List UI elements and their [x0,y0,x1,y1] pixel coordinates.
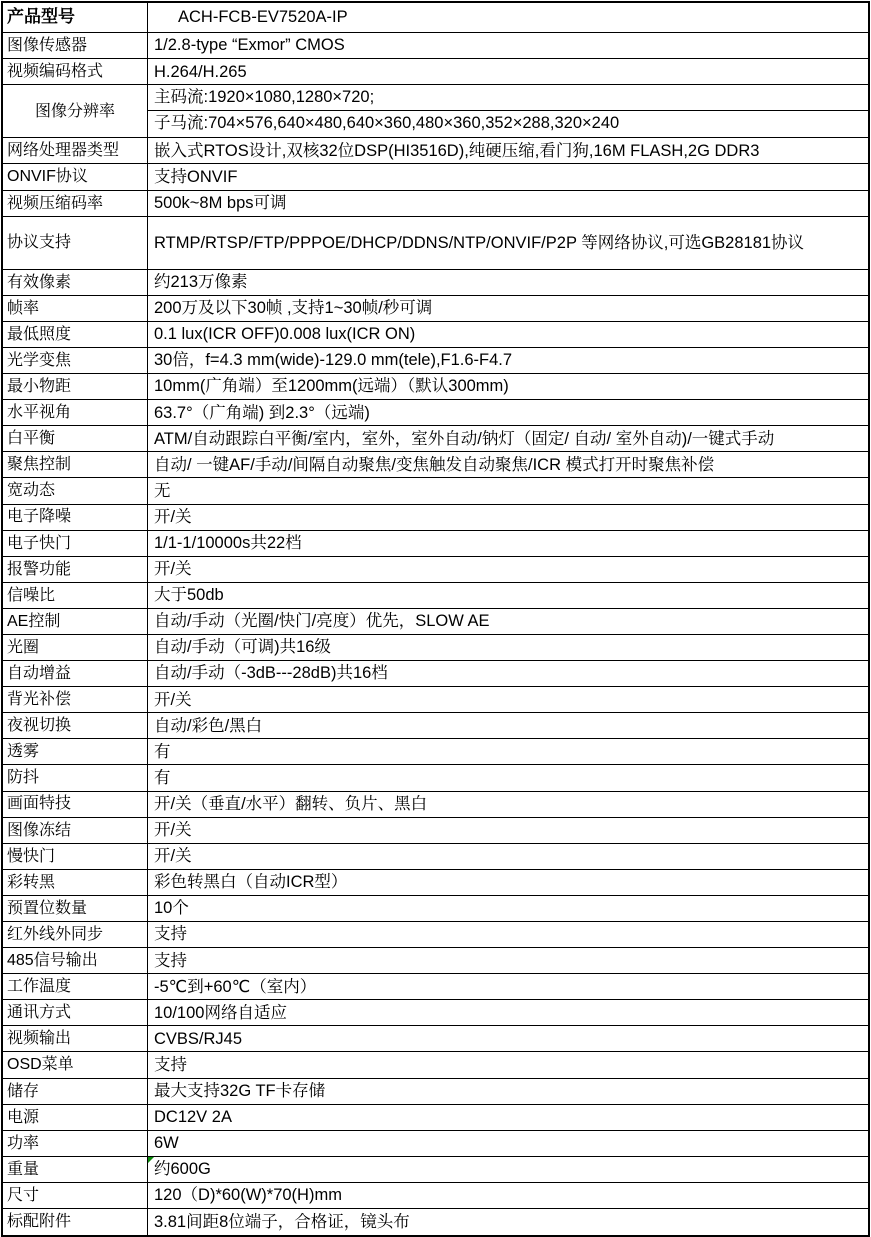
spec-value: 支持 [154,950,187,972]
table-row: 信噪比 大于50db [3,583,868,609]
spec-value-cell: 开/关 [148,818,868,843]
spec-label-cell: OSD菜单 [3,1052,148,1077]
spec-value-cell: 3.81间距8位端子，合格证，镜头布 [148,1209,868,1235]
spec-value: 30倍，f=4.3 mm(wide)-129.0 mm(tele),F1.6-F… [154,349,512,371]
table-row: 夜视切换 自动/彩色/黑白 [3,713,868,739]
spec-label: 电子快门 [7,534,71,553]
spec-label-cell: 图像分辨率 [3,85,148,137]
table-row: 功率 6W [3,1131,868,1157]
spec-value: ACH-FCB-EV7520A-IP [178,6,348,28]
spec-label: 信噪比 [7,586,55,605]
spec-label: 电源 [7,1108,39,1127]
table-row: AE控制 自动/手动（光圈/快门/亮度）优先，SLOW AE [3,609,868,635]
table-row: 慢快门 开/关 [3,844,868,870]
table-row: 工作温度 -5℃到+60℃（室内） [3,974,868,1000]
spec-label: 最低照度 [7,325,71,344]
spec-value: 0.1 lux(ICR OFF)0.008 lux(ICR ON) [154,323,415,345]
spec-value-cell: 有 [148,765,868,790]
spec-label-cell: 通讯方式 [3,1000,148,1025]
spec-value: 开/关 [154,819,192,841]
spec-label: 图像分辨率 [35,102,115,121]
spec-label: 有效像素 [7,273,71,292]
spec-value: 最大支持32G TF卡存储 [154,1080,325,1102]
table-row: 自动增益 自动/手动（-3dB---28dB)共16档 [3,661,868,687]
table-row: 背光补偿 开/关 [3,687,868,713]
spec-label-cell: 报警功能 [3,557,148,582]
spec-value-cell: 彩色转黑白（自动ICR型） [148,870,868,895]
table-row: 有效像素 约213万像素 [3,270,868,296]
spec-value: 无 [154,480,171,502]
table-row: 最低照度 0.1 lux(ICR OFF)0.008 lux(ICR ON) [3,322,868,348]
table-row: 画面特技 开/关（垂直/水平）翻转、负片、黑白 [3,792,868,818]
spec-value: 支持 [154,923,187,945]
spec-value-cell: 最大支持32G TF卡存储 [148,1079,868,1104]
spec-value-cell: DC12V 2A [148,1105,868,1130]
spec-label-cell: 背光补偿 [3,687,148,712]
spec-value: ATM/自动跟踪白平衡/室内，室外，室外自动/钠灯（固定/ 自动/ 室外自动)/… [154,428,774,450]
spec-label: 工作温度 [7,977,71,996]
spec-label: 功率 [7,1134,39,1153]
spec-label-cell: 有效像素 [3,270,148,295]
spec-label-cell: 标配附件 [3,1209,148,1235]
spec-value: DC12V 2A [154,1106,232,1128]
table-row: 光学变焦 30倍，f=4.3 mm(wide)-129.0 mm(tele),F… [3,348,868,374]
spec-value-cell: 支持ONVIF [148,164,868,189]
spec-value-cell: 200万及以下30帧 ,支持1~30帧/秒可调 [148,296,868,321]
spec-label-cell: 485信号输出 [3,948,148,973]
table-row: 最小物距 10mm(广角端）至1200mm(远端）（默认300mm) [3,374,868,400]
table-row: 重量 约600G [3,1157,868,1183]
spec-value-cell: 开/关 [148,687,868,712]
spec-value: 自动/彩色/黑白 [154,715,262,737]
table-row: 图像冻结 开/关 [3,818,868,844]
table-row: ONVIF协议 支持ONVIF [3,164,868,190]
spec-value: 开/关 [154,506,192,528]
spec-value-cell: 开/关（垂直/水平）翻转、负片、黑白 [148,792,868,817]
spec-value-cell: 约600G [148,1157,868,1182]
spec-value-cell: 大于50db [148,583,868,608]
spec-label: 自动增益 [7,664,71,683]
table-row: 尺寸 120（D)*60(W)*70(H)mm [3,1183,868,1209]
table-row: 光圈 自动/手动（可调)共16级 [3,635,868,661]
spec-value: 约600G [154,1158,211,1180]
spec-sub-row: 子马流:704×576,640×480,640×360,480×360,352×… [148,111,868,137]
spec-label: 视频压缩码率 [7,194,103,213]
spec-label-cell: 图像传感器 [3,33,148,58]
table-row: 电子快门 1/1-1/10000s共22档 [3,531,868,557]
spec-label-cell: 电子降噪 [3,505,148,530]
spec-label: 图像传感器 [7,36,87,55]
table-row: 网络处理器类型 嵌入式RTOS设计,双核32位DSP(HI3516D),纯硬压缩… [3,138,868,164]
table-row: 防抖 有 [3,765,868,791]
spec-value: 10mm(广角端）至1200mm(远端）（默认300mm) [154,375,509,397]
spec-label: 尺寸 [7,1186,39,1205]
spec-value-cell: 10/100网络自适应 [148,1000,868,1025]
product-spec-table: 产品型号 ACH-FCB-EV7520A-IP 图像传感器 1/2.8-type… [1,1,870,1237]
spec-value-cell: 自动/ 一键AF/手动/间隔自动聚焦/变焦触发自动聚焦/ICR 模式打开时聚焦补… [148,452,868,477]
spec-value-cell: 开/关 [148,844,868,869]
spec-value: 自动/手动（光圈/快门/亮度）优先，SLOW AE [154,610,490,632]
spec-label-cell: 彩转黑 [3,870,148,895]
spec-label: 慢快门 [7,847,55,866]
spec-label-cell: 功率 [3,1131,148,1156]
spec-value-cell: 6W [148,1131,868,1156]
spec-value-cell: RTMP/RTSP/FTP/PPPOE/DHCP/DDNS/NTP/ONVIF/… [148,217,868,269]
spec-label: 红外线外同步 [7,925,103,944]
spec-value: 自动/ 一键AF/手动/间隔自动聚焦/变焦触发自动聚焦/ICR 模式打开时聚焦补… [154,454,714,476]
spec-value-cell: 自动/手动（-3dB---28dB)共16档 [148,661,868,686]
spec-label: 通讯方式 [7,1003,71,1022]
spec-value-cell: 1/1-1/10000s共22档 [148,531,868,556]
table-row: 储存 最大支持32G TF卡存储 [3,1079,868,1105]
spec-label: ONVIF协议 [7,167,88,186]
spec-label: 白平衡 [7,429,55,448]
spec-value: 自动/手动（可调)共16级 [154,636,331,658]
spec-label: 报警功能 [7,560,71,579]
spec-label: 光圈 [7,638,39,657]
spec-value-cell: 开/关 [148,505,868,530]
table-row: 透雾 有 [3,739,868,765]
table-row-split: 图像分辨率 主码流:1920×1080,1280×720; 子马流:704×57… [3,85,868,138]
spec-value: 支持 [154,1054,187,1076]
spec-label-cell: 透雾 [3,739,148,764]
spec-value-cell: 63.7°（广角端) 到2.3°（远端) [148,400,868,425]
table-row: OSD菜单 支持 [3,1052,868,1078]
spec-value: H.264/H.265 [154,61,247,83]
table-row: 报警功能 开/关 [3,557,868,583]
spec-value-cell: H.264/H.265 [148,59,868,84]
spec-label: 帧率 [7,299,39,318]
table-row: 协议支持 RTMP/RTSP/FTP/PPPOE/DHCP/DDNS/NTP/O… [3,217,868,270]
spec-label-cell: 白平衡 [3,426,148,451]
spec-label-cell: 信噪比 [3,583,148,608]
spec-value-cell: 120（D)*60(W)*70(H)mm [148,1183,868,1208]
spec-value: 120（D)*60(W)*70(H)mm [154,1184,342,1206]
spec-label: 宽动态 [7,481,55,500]
table-row: 预置位数量 10个 [3,896,868,922]
spec-label-cell: 画面特技 [3,792,148,817]
spec-sub-row: 主码流:1920×1080,1280×720; [148,85,868,111]
spec-label-cell: 电源 [3,1105,148,1130]
spec-value: 开/关 [154,689,192,711]
spec-label: 图像冻结 [7,821,71,840]
spec-value-cell: 0.1 lux(ICR OFF)0.008 lux(ICR ON) [148,322,868,347]
spec-label: 背光补偿 [7,690,71,709]
spec-label: 产品型号 [7,7,75,27]
spec-label: 水平视角 [7,403,71,422]
spec-value: 嵌入式RTOS设计,双核32位DSP(HI3516D),纯硬压缩,看门狗,16M… [154,140,759,162]
spec-label: 彩转黑 [7,873,55,892]
spec-value: 1/2.8-type “Exmor” CMOS [154,34,345,56]
comment-marker-icon [148,1157,154,1163]
spec-label-cell: 夜视切换 [3,713,148,738]
spec-label-cell: 聚焦控制 [3,452,148,477]
spec-value-cell: 自动/手动（光圈/快门/亮度）优先，SLOW AE [148,609,868,634]
spec-label-cell: 尺寸 [3,1183,148,1208]
spec-value-stack: 主码流:1920×1080,1280×720; 子马流:704×576,640×… [148,85,868,137]
spec-label: 画面特技 [7,794,71,813]
spec-value: 有 [154,767,171,789]
spec-value: 有 [154,741,171,763]
spec-value: 1/1-1/10000s共22档 [154,532,302,554]
spec-value-cell: 1/2.8-type “Exmor” CMOS [148,33,868,58]
spec-value-cell: 开/关 [148,557,868,582]
spec-value: CVBS/RJ45 [154,1028,242,1050]
table-row: 视频压缩码率 500k~8M bps可调 [3,191,868,217]
spec-label-cell: 帧率 [3,296,148,321]
table-row: 红外线外同步 支持 [3,922,868,948]
spec-value: 开/关 [154,558,192,580]
spec-label: 光学变焦 [7,351,71,370]
spec-value: 开/关（垂直/水平）翻转、负片、黑白 [154,793,427,815]
spec-label-cell: 光学变焦 [3,348,148,373]
spec-label: 视频输出 [7,1029,71,1048]
spec-value-cell: 支持 [148,948,868,973]
table-row: 通讯方式 10/100网络自适应 [3,1000,868,1026]
table-row: 标配附件 3.81间距8位端子，合格证，镜头布 [3,1209,868,1235]
spec-label-cell: 图像冻结 [3,818,148,843]
spec-label: 储存 [7,1082,39,1101]
spec-label-cell: 光圈 [3,635,148,660]
spec-value-cell: 500k~8M bps可调 [148,191,868,216]
spec-value: -5℃到+60℃（室内） [154,976,316,998]
spec-label: 网络处理器类型 [7,141,119,160]
spec-value: 大于50db [154,584,224,606]
spec-value: 63.7°（广角端) 到2.3°（远端) [154,402,370,424]
spec-value-cell: 自动/彩色/黑白 [148,713,868,738]
table-row: 图像传感器 1/2.8-type “Exmor” CMOS [3,33,868,59]
spec-value-cell: 自动/手动（可调)共16级 [148,635,868,660]
spec-label-cell: 水平视角 [3,400,148,425]
table-row: 电子降噪 开/关 [3,505,868,531]
spec-label: 标配附件 [7,1212,71,1231]
spec-value-cell: -5℃到+60℃（室内） [148,974,868,999]
spec-label: 夜视切换 [7,716,71,735]
spec-label-cell: 最小物距 [3,374,148,399]
spec-label: 预置位数量 [7,899,87,918]
spec-label-cell: 红外线外同步 [3,922,148,947]
spec-value-cell: 嵌入式RTOS设计,双核32位DSP(HI3516D),纯硬压缩,看门狗,16M… [148,138,868,163]
spec-value: 开/关 [154,845,192,867]
spec-value-cell: ACH-FCB-EV7520A-IP [148,3,868,32]
spec-label-cell: 协议支持 [3,217,148,269]
spec-label: AE控制 [7,612,60,631]
spec-label: 视频编码格式 [7,62,103,81]
spec-label-cell: 宽动态 [3,478,148,503]
spec-label-cell: 预置位数量 [3,896,148,921]
spec-label: OSD菜单 [7,1055,74,1074]
spec-value-cell: 无 [148,478,868,503]
spec-value: RTMP/RTSP/FTP/PPPOE/DHCP/DDNS/NTP/ONVIF/… [154,232,804,254]
spec-label: 485信号输出 [7,951,98,970]
spec-value-cell: 约213万像素 [148,270,868,295]
spec-value-cell: ATM/自动跟踪白平衡/室内，室外，室外自动/钠灯（固定/ 自动/ 室外自动)/… [148,426,868,451]
table-row: 水平视角 63.7°（广角端) 到2.3°（远端) [3,400,868,426]
spec-value: 自动/手动（-3dB---28dB)共16档 [154,662,388,684]
spec-value: 200万及以下30帧 ,支持1~30帧/秒可调 [154,297,432,319]
spec-label-cell: 网络处理器类型 [3,138,148,163]
spec-label: 最小物距 [7,377,71,396]
table-row: 白平衡 ATM/自动跟踪白平衡/室内，室外，室外自动/钠灯（固定/ 自动/ 室外… [3,426,868,452]
spec-value-cell: 30倍，f=4.3 mm(wide)-129.0 mm(tele),F1.6-F… [148,348,868,373]
spec-label-cell: 防抖 [3,765,148,790]
spec-value-cell: 支持 [148,922,868,947]
table-row: 彩转黑 彩色转黑白（自动ICR型） [3,870,868,896]
spec-label-cell: 视频编码格式 [3,59,148,84]
table-row: 视频输出 CVBS/RJ45 [3,1026,868,1052]
spec-value: 约213万像素 [154,271,248,293]
spec-value: 10/100网络自适应 [154,1002,287,1024]
spec-label-cell: 视频压缩码率 [3,191,148,216]
spec-label-cell: 最低照度 [3,322,148,347]
table-row: 产品型号 ACH-FCB-EV7520A-IP [3,3,868,33]
spec-label-cell: 自动增益 [3,661,148,686]
spec-value-main-stream: 主码流:1920×1080,1280×720; [154,88,374,108]
spec-label-cell: 重量 [3,1157,148,1182]
table-row: 视频编码格式 H.264/H.265 [3,59,868,85]
spec-label: 电子降噪 [7,507,71,526]
spec-label-cell: ONVIF协议 [3,164,148,189]
spec-value: 支持ONVIF [154,166,237,188]
spec-value: 500k~8M bps可调 [154,192,287,214]
spec-label-cell: AE控制 [3,609,148,634]
spec-label-cell: 储存 [3,1079,148,1104]
spec-value-sub-stream: 子马流:704×576,640×480,640×360,480×360,352×… [154,114,619,134]
spec-value: 10个 [154,897,189,919]
table-row: 宽动态 无 [3,478,868,504]
table-row: 485信号输出 支持 [3,948,868,974]
spec-label: 重量 [7,1160,39,1179]
spec-label: 聚焦控制 [7,455,71,474]
spec-label-cell: 产品型号 [3,3,148,32]
spec-value-cell: 10mm(广角端）至1200mm(远端）（默认300mm) [148,374,868,399]
spec-label: 防抖 [7,768,39,787]
table-row: 聚焦控制 自动/ 一键AF/手动/间隔自动聚焦/变焦触发自动聚焦/ICR 模式打… [3,452,868,478]
spec-value-cell: CVBS/RJ45 [148,1026,868,1051]
table-row: 电源 DC12V 2A [3,1105,868,1131]
spec-label-cell: 慢快门 [3,844,148,869]
spec-value-cell: 支持 [148,1052,868,1077]
spec-value-cell: 10个 [148,896,868,921]
page: 产品型号 ACH-FCB-EV7520A-IP 图像传感器 1/2.8-type… [0,0,871,1236]
spec-label: 透雾 [7,742,39,761]
table-row: 帧率 200万及以下30帧 ,支持1~30帧/秒可调 [3,296,868,322]
spec-value: 3.81间距8位端子，合格证，镜头布 [154,1211,410,1233]
spec-label-cell: 视频输出 [3,1026,148,1051]
spec-label-cell: 电子快门 [3,531,148,556]
spec-value: 彩色转黑白（自动ICR型） [154,871,347,893]
spec-value: 6W [154,1132,179,1154]
spec-label: 协议支持 [7,233,71,252]
spec-value-cell: 有 [148,739,868,764]
spec-label-cell: 工作温度 [3,974,148,999]
